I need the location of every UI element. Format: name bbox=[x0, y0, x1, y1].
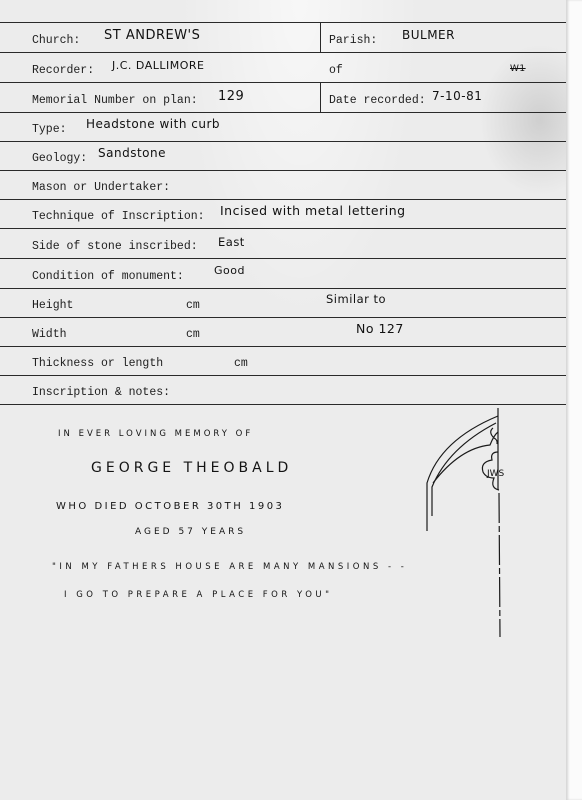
headstone-profile-sketch: JWS bbox=[0, 0, 582, 800]
sketch-initials: JWS bbox=[486, 469, 505, 479]
